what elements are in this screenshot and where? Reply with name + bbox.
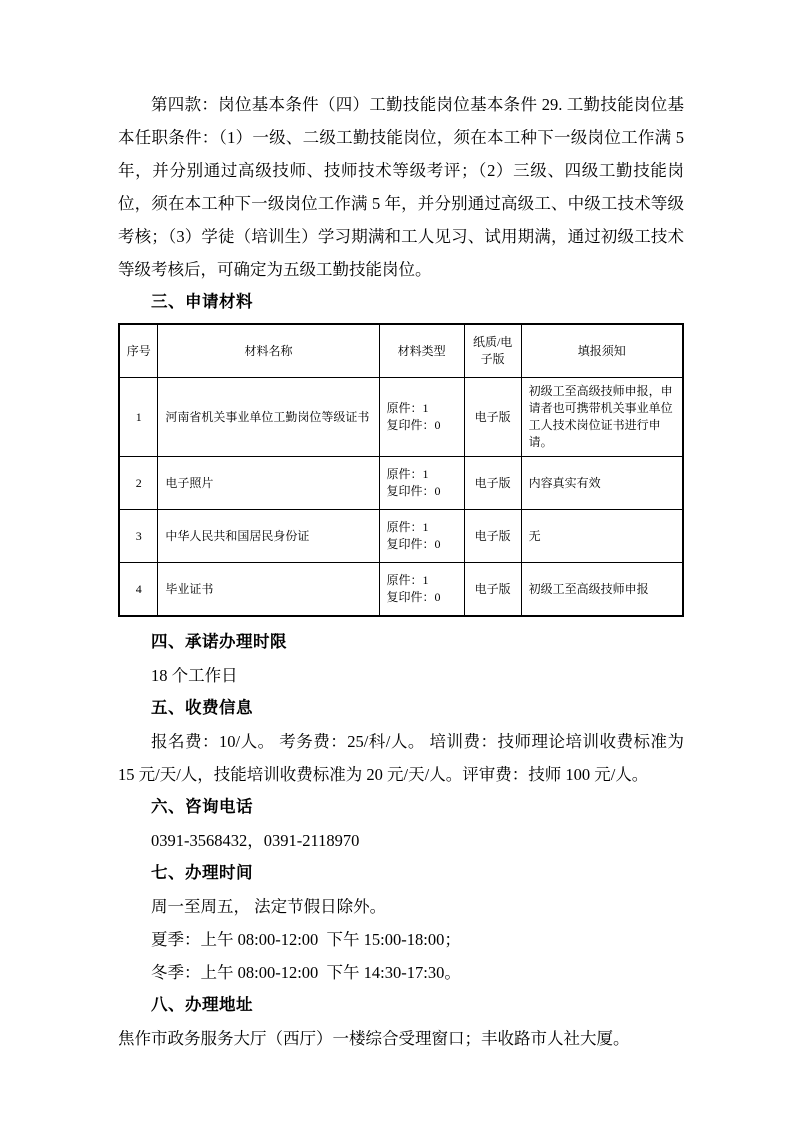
cell-format: 电子版 xyxy=(464,510,521,563)
hours-weekdays: 周一至周五， 法定节假日除外。 xyxy=(118,890,684,923)
cell-name: 中华人民共和国居民身份证 xyxy=(158,510,379,563)
hours-winter: 冬季：上午 08:00-12:00 下午 14:30-17:30。 xyxy=(118,956,684,989)
cell-format: 电子版 xyxy=(464,457,521,510)
cell-type: 原件：1 复印件：0 xyxy=(379,378,464,457)
header-cell-type: 材料类型 xyxy=(379,324,464,378)
section-heading-fees: 五、收费信息 xyxy=(118,692,684,725)
header-cell-note: 填报须知 xyxy=(521,324,683,378)
cell-format: 电子版 xyxy=(464,378,521,457)
cell-type: 原件：1 复印件：0 xyxy=(379,563,464,617)
type-original: 原件：1 xyxy=(387,466,457,483)
type-copy: 复印件：0 xyxy=(387,536,457,553)
table-row: 4 毕业证书 原件：1 复印件：0 电子版 初级工至高级技师申报 xyxy=(119,563,683,617)
cell-note: 内容真实有效 xyxy=(521,457,683,510)
cell-format: 电子版 xyxy=(464,563,521,617)
time-limit-value: 18 个工作日 xyxy=(118,659,684,692)
cell-no: 3 xyxy=(119,510,158,563)
cell-note: 初级工至高级技师申报 xyxy=(521,563,683,617)
cell-type: 原件：1 复印件：0 xyxy=(379,510,464,563)
section-heading-hours: 七、办理时间 xyxy=(118,857,684,890)
table-header-row: 序号 材料名称 材料类型 纸质/电子版 填报须知 xyxy=(119,324,683,378)
cell-no: 2 xyxy=(119,457,158,510)
type-original: 原件：1 xyxy=(387,572,457,589)
intro-paragraph: 第四款：岗位基本条件（四）工勤技能岗位基本条件 29. 工勤技能岗位基本任职条件… xyxy=(118,88,684,286)
phone-numbers: 0391-3568432，0391-2118970 xyxy=(118,824,684,857)
document-page: 第四款：岗位基本条件（四）工勤技能岗位基本条件 29. 工勤技能岗位基本任职条件… xyxy=(0,0,793,1122)
type-copy: 复印件：0 xyxy=(387,483,457,500)
table-row: 3 中华人民共和国居民身份证 原件：1 复印件：0 电子版 无 xyxy=(119,510,683,563)
header-cell-no: 序号 xyxy=(119,324,158,378)
cell-note: 无 xyxy=(521,510,683,563)
section-heading-phone: 六、咨询电话 xyxy=(118,791,684,824)
section-heading-time-limit: 四、承诺办理时限 xyxy=(118,626,684,659)
type-copy: 复印件：0 xyxy=(387,589,457,606)
cell-no: 4 xyxy=(119,563,158,617)
hours-summer: 夏季：上午 08:00-12:00 下午 15:00-18:00； xyxy=(118,923,684,956)
type-copy: 复印件：0 xyxy=(387,417,457,434)
table-row: 1 河南省机关事业单位工勤岗位等级证书 原件：1 复印件：0 电子版 初级工至高… xyxy=(119,378,683,457)
section-heading-materials: 三、申请材料 xyxy=(118,286,684,319)
cell-name: 毕业证书 xyxy=(158,563,379,617)
header-cell-format: 纸质/电子版 xyxy=(464,324,521,378)
cell-name: 电子照片 xyxy=(158,457,379,510)
type-original: 原件：1 xyxy=(387,519,457,536)
address-line: 焦作市政务服务大厅（西厅）一楼综合受理窗口；丰收路市人社大厦。 xyxy=(118,1022,684,1055)
section-heading-address: 八、办理地址 xyxy=(118,989,684,1022)
cell-name: 河南省机关事业单位工勤岗位等级证书 xyxy=(158,378,379,457)
type-original: 原件：1 xyxy=(387,400,457,417)
cell-type: 原件：1 复印件：0 xyxy=(379,457,464,510)
table-row: 2 电子照片 原件：1 复印件：0 电子版 内容真实有效 xyxy=(119,457,683,510)
cell-no: 1 xyxy=(119,378,158,457)
header-cell-name: 材料名称 xyxy=(158,324,379,378)
fees-paragraph: 报名费：10/人。 考务费：25/科/人。 培训费：技师理论培训收费标准为 15… xyxy=(118,725,684,791)
cell-note: 初级工至高级技师申报，申请者也可携带机关事业单位工人技术岗位证书进行申请。 xyxy=(521,378,683,457)
materials-table: 序号 材料名称 材料类型 纸质/电子版 填报须知 1 河南省机关事业单位工勤岗位… xyxy=(118,323,684,617)
